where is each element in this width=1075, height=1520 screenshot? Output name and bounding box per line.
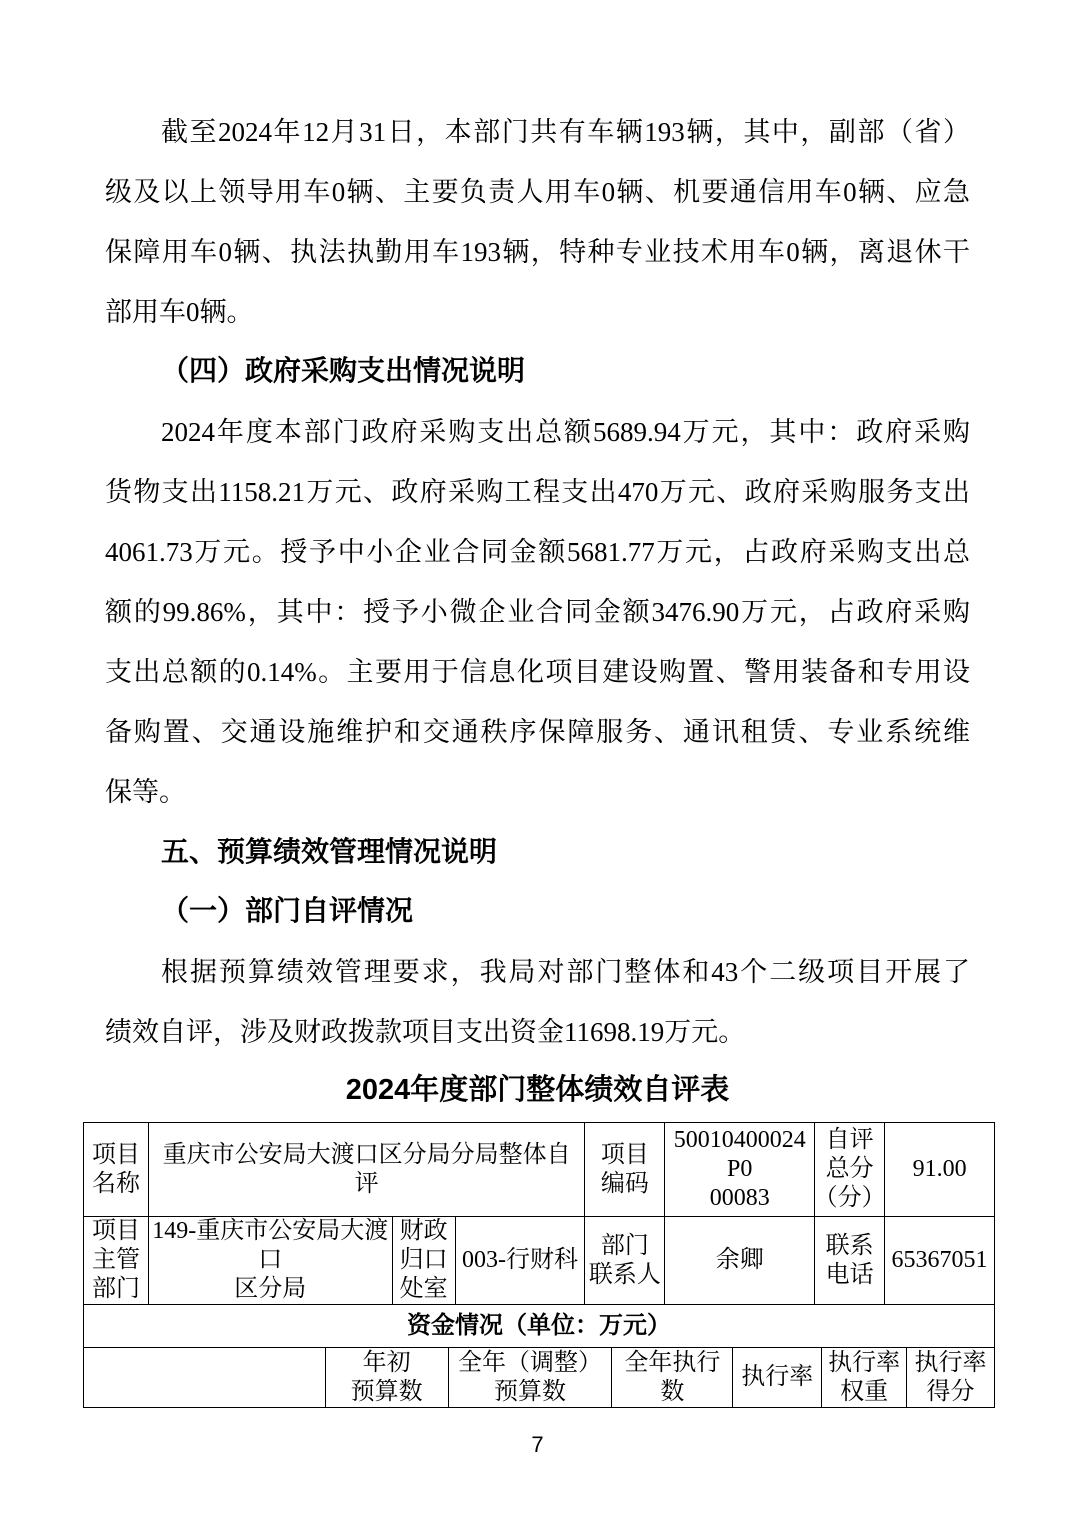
cell-project-code-label: 项目 编码 <box>585 1123 665 1217</box>
cell-contact-label: 部门 联系人 <box>585 1217 665 1305</box>
para-vehicles: 截至2024年12月31日，本部门共有车辆193辆，其中，副部（省） 级及以上领… <box>105 102 970 342</box>
document-page: 截至2024年12月31日，本部门共有车辆193辆，其中，副部（省） 级及以上领… <box>0 0 1075 1520</box>
cell-project-name-value: 重庆市公安局大渡口区分局分局整体自评 <box>149 1123 585 1217</box>
table-title: 2024年度部门整体绩效自评表 <box>105 1062 970 1118</box>
table-row-budget-headers: 年初 预算数 全年（调整） 预算数 全年执行数 执行率 执行率 权重 执行率 得… <box>84 1348 995 1408</box>
cell-contact-value: 余卿 <box>665 1217 815 1305</box>
para-vehicles-line-1: 截至2024年12月31日，本部门共有车辆193辆，其中，副部（省） <box>105 102 970 162</box>
para-procurement-line-1: 2024年度本部门政府采购支出总额5689.94万元，其中：政府采购 <box>105 402 970 462</box>
cell-finance-office-value: 003-行财科 <box>456 1217 586 1305</box>
cell-execution-rate-header: 执行率 <box>733 1348 822 1408</box>
heading-procurement: （四）政府采购支出情况说明 <box>105 342 970 402</box>
para-procurement-line-5: 支出总额的0.14%。主要用于信息化项目建设购置、警用装备和专用设 <box>105 642 970 702</box>
cell-dept-value: 149-重庆市公安局大渡口 区分局 <box>149 1217 393 1305</box>
cell-project-name-label: 项目 名称 <box>84 1123 149 1217</box>
cell-phone-label: 联系 电话 <box>815 1217 885 1305</box>
para-procurement-line-4: 额的99.86%，其中：授予小微企业合同金额3476.90万元，占政府采购 <box>105 582 970 642</box>
cell-adjusted-budget-header: 全年（调整） 预算数 <box>449 1348 613 1408</box>
para-self-evaluation-line-2: 绩效自评，涉及财政拨款项目支出资金11698.19万元。 <box>105 1002 970 1062</box>
cell-self-score-value: 91.00 <box>885 1123 995 1217</box>
cell-blank <box>84 1348 326 1408</box>
para-vehicles-line-3: 保障用车0辆、执法执勤用车193辆，特种专业技术用车0辆，离退休干 <box>105 222 970 282</box>
para-self-evaluation: 根据预算绩效管理要求，我局对部门整体和43个二级项目开展了 绩效自评，涉及财政拨… <box>105 942 970 1062</box>
heading-budget-performance: 五、预算绩效管理情况说明 <box>105 822 970 882</box>
cell-annual-execution-header: 全年执行数 <box>612 1348 733 1408</box>
para-vehicles-line-4: 部用车0辆。 <box>105 282 970 342</box>
cell-finance-office-label: 财政 归口 处室 <box>393 1217 456 1305</box>
cell-project-code-value: 50010400024P0 00083 <box>665 1123 815 1217</box>
para-procurement-line-2: 货物支出1158.21万元、政府采购工程支出470万元、政府采购服务支出 <box>105 462 970 522</box>
para-procurement-line-7: 保等。 <box>105 762 970 822</box>
self-evaluation-table: 项目 名称 重庆市公安局大渡口区分局分局整体自评 项目 编码 500104000… <box>83 1122 995 1408</box>
cell-self-score-label: 自评 总分 （分） <box>815 1123 885 1217</box>
para-self-evaluation-line-1: 根据预算绩效管理要求，我局对部门整体和43个二级项目开展了 <box>105 942 970 1002</box>
para-vehicles-line-2: 级及以上领导用车0辆、主要负责人用车0辆、机要通信用车0辆、应急 <box>105 162 970 222</box>
cell-phone-value: 65367051 <box>885 1217 995 1305</box>
cell-dept-label: 项目 主管 部门 <box>84 1217 149 1305</box>
cell-initial-budget-header: 年初 预算数 <box>326 1348 449 1408</box>
para-procurement-line-6: 备购置、交通设施维护和交通秩序保障服务、通讯租赁、专业系统维 <box>105 702 970 762</box>
table-row-department: 项目 主管 部门 149-重庆市公安局大渡口 区分局 财政 归口 处室 003-… <box>84 1217 995 1305</box>
cell-rate-score-header: 执行率 得分 <box>907 1348 995 1408</box>
cell-rate-weight-header: 执行率 权重 <box>822 1348 907 1408</box>
cell-funds-header: 资金情况（单位：万元） <box>84 1305 995 1348</box>
para-procurement-line-3: 4061.73万元。授予中小企业合同金额5681.77万元，占政府采购支出总 <box>105 522 970 582</box>
table-row-project: 项目 名称 重庆市公安局大渡口区分局分局整体自评 项目 编码 500104000… <box>84 1123 995 1217</box>
page-number: 7 <box>105 1430 970 1460</box>
table-row-funds-header: 资金情况（单位：万元） <box>84 1305 995 1348</box>
heading-self-evaluation: （一）部门自评情况 <box>105 882 970 942</box>
para-procurement: 2024年度本部门政府采购支出总额5689.94万元，其中：政府采购 货物支出1… <box>105 402 970 822</box>
